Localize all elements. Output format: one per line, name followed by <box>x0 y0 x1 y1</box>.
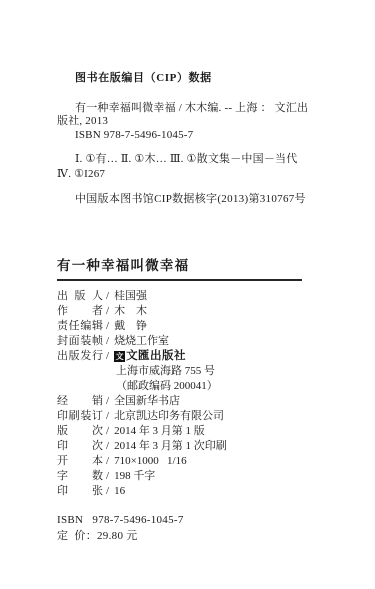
field-value: 北京凯达印务有限公司 <box>114 409 224 424</box>
field-label: 印张 <box>57 484 103 499</box>
field-separator: / <box>106 349 109 364</box>
field-value: 戴 铮 <box>114 319 147 334</box>
field-value: 全国新华书店 <box>114 394 180 409</box>
field-separator: / <box>106 394 109 409</box>
wenhui-press-logo-icon: 文 <box>114 351 125 362</box>
field-separator: / <box>106 409 109 424</box>
row-word-count: 字数 / 198 千字 <box>57 469 337 484</box>
row-format: 开本 / 710×1000 1/16 <box>57 454 337 469</box>
field-separator: / <box>106 454 109 469</box>
publisher-address: 上海市威海路 755 号 <box>116 364 337 379</box>
cip-entry-line1: 有一种幸福叫微幸福 / 木木编. -- 上海 ： 文汇出 <box>75 102 325 116</box>
cip-entry-line2: 版社, 2013 <box>57 115 325 129</box>
colophon-rows: 出版人 / 桂国强 作者 / 木 木 责任编辑 / 戴 铮 封面装帧 / 烧烧工… <box>57 289 337 499</box>
colophon-footer: ISBN 978-7-5496-1045-7 定 价：29.80 元 <box>57 512 184 544</box>
field-separator: / <box>106 469 109 484</box>
cip-classification-line2: Ⅳ. ①I267 <box>57 167 325 182</box>
book-copyright-page: 图书在版编目（CIP）数据 有一种幸福叫微幸福 / 木木编. -- 上海 ： 文… <box>0 0 375 589</box>
field-value: 烧烧工作室 <box>114 334 169 349</box>
row-sheets: 印张 / 16 <box>57 484 337 499</box>
cip-block: 图书在版编目（CIP）数据 有一种幸福叫微幸福 / 木木编. -- 上海 ： 文… <box>57 72 325 207</box>
book-title: 有一种幸福叫微幸福 <box>57 258 305 274</box>
field-label: 出版人 <box>57 289 103 304</box>
field-separator: / <box>106 319 109 334</box>
field-separator: / <box>106 289 109 304</box>
field-separator: / <box>106 334 109 349</box>
row-author: 作者 / 木 木 <box>57 304 337 319</box>
footer-price: 定 价：29.80 元 <box>57 528 184 544</box>
row-printing-binding: 印刷装订 / 北京凯达印务有限公司 <box>57 409 337 424</box>
field-separator: / <box>106 304 109 319</box>
publisher-name: 文匯出版社 <box>126 349 186 364</box>
field-label: 封面装帧 <box>57 334 103 349</box>
field-separator: / <box>106 424 109 439</box>
field-value: 2014 年 3 月第 1 版 <box>114 424 205 439</box>
publisher-value: 文 文匯出版社 <box>114 349 186 364</box>
field-value: 16 <box>114 484 125 499</box>
field-label: 经销 <box>57 394 103 409</box>
publisher-postcode: （邮政编码 200041） <box>116 379 337 394</box>
cip-classification-line1: Ⅰ. ①有… Ⅱ. ①木… Ⅲ. ①散文集－中国－当代 <box>75 152 325 167</box>
field-separator: / <box>106 484 109 499</box>
field-label: 印刷装订 <box>57 409 103 424</box>
field-label: 印次 <box>57 439 103 454</box>
row-distribution: 经销 / 全国新华书店 <box>57 394 337 409</box>
field-value: 桂国强 <box>114 289 147 304</box>
title-underline <box>57 279 302 281</box>
field-separator: / <box>106 439 109 454</box>
field-label: 开本 <box>57 454 103 469</box>
field-value: 710×1000 1/16 <box>114 454 187 469</box>
field-label: 出版发行 <box>57 349 103 364</box>
row-editor: 责任编辑 / 戴 铮 <box>57 319 337 334</box>
cip-registry-number: 中国版本图书馆CIP数据核字(2013)第310767号 <box>75 193 325 207</box>
field-value: 木 木 <box>114 304 147 319</box>
cip-isbn: ISBN 978-7-5496-1045-7 <box>75 129 325 143</box>
row-impression: 印次 / 2014 年 3 月第 1 次印刷 <box>57 439 337 454</box>
field-label: 版次 <box>57 424 103 439</box>
colophon-title-block: 有一种幸福叫微幸福 <box>57 258 305 281</box>
footer-isbn: ISBN 978-7-5496-1045-7 <box>57 512 184 528</box>
field-value: 2014 年 3 月第 1 次印刷 <box>114 439 227 454</box>
row-cover-design: 封面装帧 / 烧烧工作室 <box>57 334 337 349</box>
field-label: 责任编辑 <box>57 319 103 334</box>
field-label: 作者 <box>57 304 103 319</box>
row-publisher: 出版发行 / 文 文匯出版社 <box>57 349 337 364</box>
row-edition: 版次 / 2014 年 3 月第 1 版 <box>57 424 337 439</box>
cip-heading: 图书在版编目（CIP）数据 <box>75 72 325 86</box>
field-value: 198 千字 <box>114 469 155 484</box>
field-label: 字数 <box>57 469 103 484</box>
row-publisher-person: 出版人 / 桂国强 <box>57 289 337 304</box>
